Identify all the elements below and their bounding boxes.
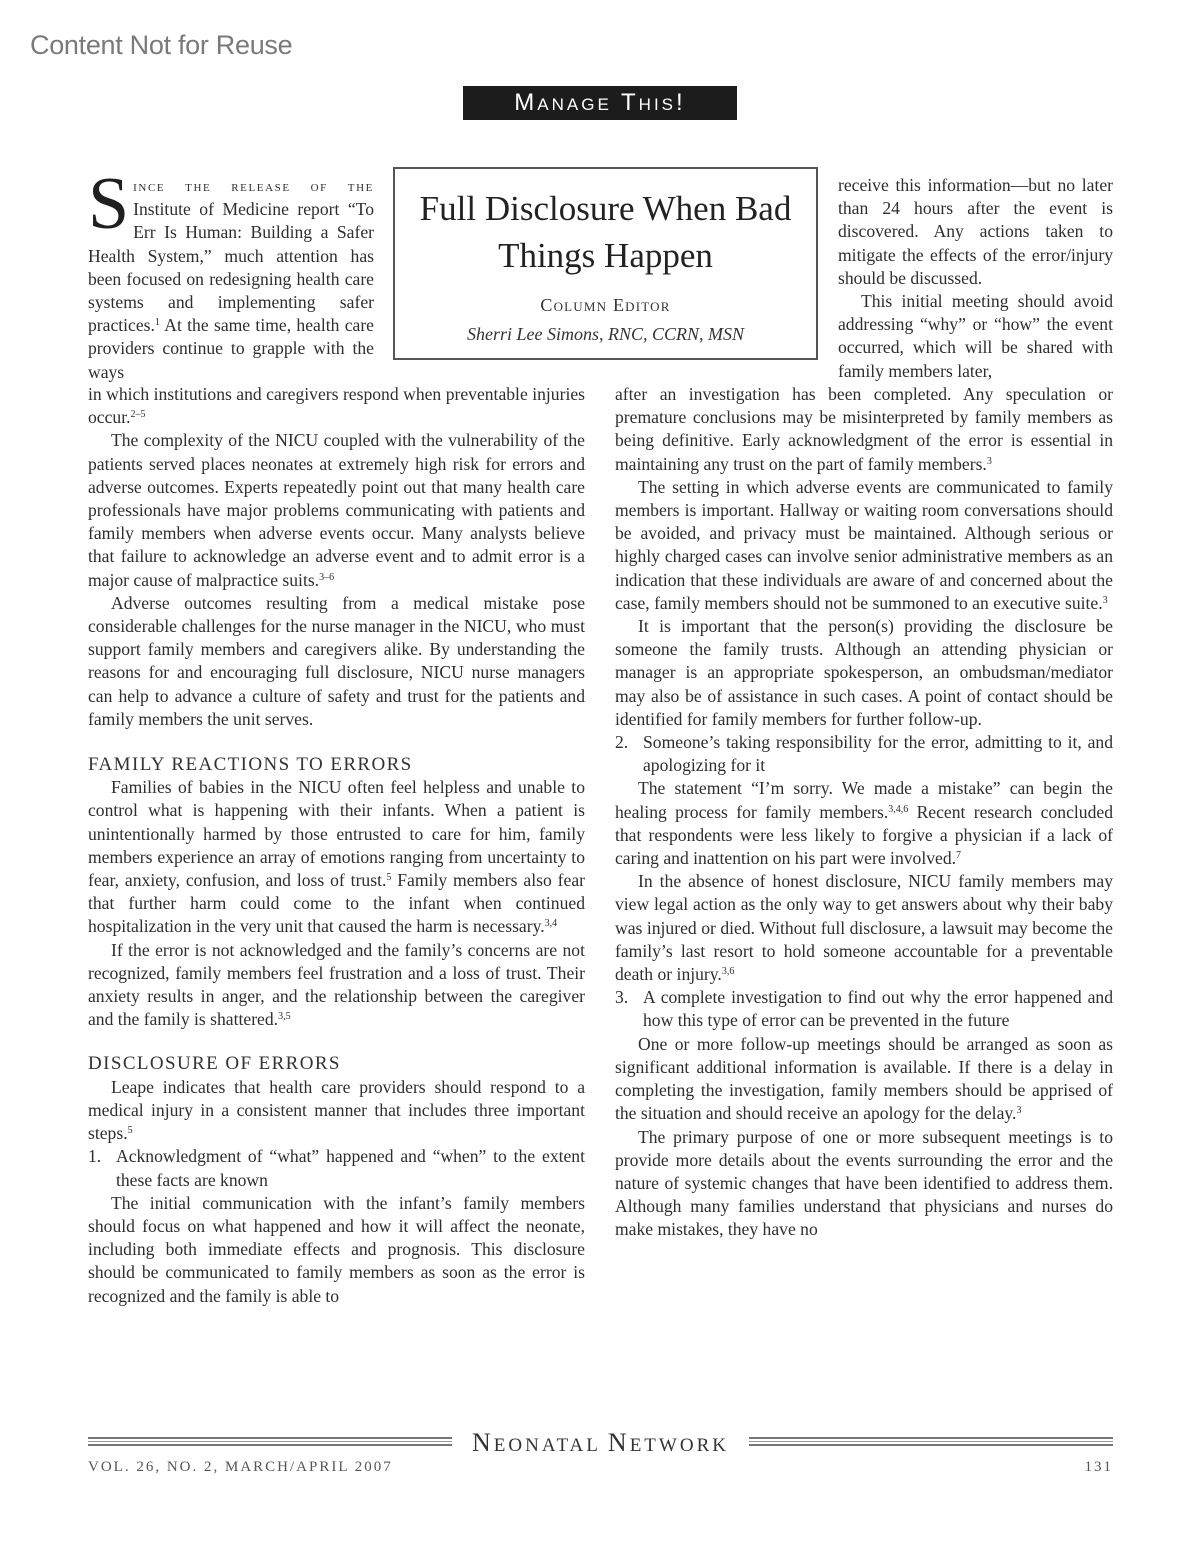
right-column: after an investigation has been complete… <box>615 383 1113 1242</box>
article-title: Full Disclosure When Bad Things Happen <box>395 185 816 279</box>
paragraph: In the absence of honest disclosure, NIC… <box>615 870 1113 986</box>
section-heading-family-reactions: FAMILY REACTIONS TO ERRORS <box>88 753 585 776</box>
citation: 3,4 <box>545 918 558 929</box>
paragraph: The initial communication with the infan… <box>88 1192 585 1308</box>
step-number: 1. <box>88 1145 116 1191</box>
lead-in-smallcaps: ince the release of the <box>133 178 374 195</box>
paragraph: The complexity of the NICU coupled with … <box>88 429 585 591</box>
intro-paragraph: Since the release of the Institute of Me… <box>88 174 374 384</box>
citation: 3,5 <box>278 1011 291 1022</box>
paragraph: If the error is not acknowledged and the… <box>88 939 585 1032</box>
paragraph: It is important that the person(s) provi… <box>615 615 1113 731</box>
column-editor-label: Column Editor <box>395 295 816 316</box>
issue-info: VOL. 26, NO. 2, MARCH/APRIL 2007 <box>88 1459 393 1475</box>
section-heading-disclosure: DISCLOSURE OF ERRORS <box>88 1052 585 1075</box>
citation: 3–6 <box>319 572 334 583</box>
column-banner: Manage This! <box>463 86 737 120</box>
citation: 3 <box>987 456 992 467</box>
citation: 3 <box>1103 595 1108 606</box>
step-number: 2. <box>615 731 643 777</box>
step-text: Acknowledgment of “what” happened and “w… <box>116 1145 585 1191</box>
citation: 2–5 <box>131 409 146 420</box>
watermark: Content Not for Reuse <box>30 30 292 61</box>
step-number: 3. <box>615 986 643 1032</box>
step-text: A complete investigation to find out why… <box>643 986 1113 1032</box>
paragraph: receive this information—but no later th… <box>838 174 1113 290</box>
paragraph: Leape indicates that health care provide… <box>88 1076 585 1146</box>
paragraph: in which institutions and caregivers res… <box>88 383 585 429</box>
citation: 3,4,6 <box>888 804 908 815</box>
paragraph: after an investigation has been complete… <box>615 383 1113 476</box>
article-title-box: Full Disclosure When Bad Things Happen C… <box>393 167 818 360</box>
numbered-step-2: 2. Someone’s taking responsibility for t… <box>615 731 1113 777</box>
footer-rule-right <box>749 1437 1113 1446</box>
column-editor-name: Sherri Lee Simons, RNC, CCRN, MSN <box>395 324 816 345</box>
page-number: 131 <box>1085 1459 1114 1476</box>
footer-meta: VOL. 26, NO. 2, MARCH/APRIL 2007 131 <box>88 1459 1113 1476</box>
citation: 3,6 <box>722 966 735 977</box>
paragraph: One or more follow-up meetings should be… <box>615 1033 1113 1126</box>
citation: 5 <box>128 1125 133 1136</box>
citation: 3 <box>1016 1105 1021 1116</box>
paragraph: This initial meeting should avoid addres… <box>838 290 1113 383</box>
left-column: in which institutions and caregivers res… <box>88 383 585 1308</box>
right-top-text: receive this information—but no later th… <box>838 174 1113 383</box>
footer-rule: NEONATAL NETWORK <box>88 1432 1113 1450</box>
drop-cap: S <box>88 176 129 232</box>
paragraph: The setting in which adverse events are … <box>615 476 1113 615</box>
journal-name: NEONATAL NETWORK <box>452 1428 749 1458</box>
step-text: Someone’s taking responsibility for the … <box>643 731 1113 777</box>
citation: 7 <box>956 850 961 861</box>
numbered-step-3: 3. A complete investigation to find out … <box>615 986 1113 1032</box>
paragraph: Families of babies in the NICU often fee… <box>88 776 585 938</box>
footer-rule-left <box>88 1437 452 1446</box>
paragraph: The primary purpose of one or more subse… <box>615 1126 1113 1242</box>
paragraph: Adverse outcomes resulting from a medica… <box>88 592 585 731</box>
numbered-step-1: 1. Acknowledgment of “what” happened and… <box>88 1145 585 1191</box>
paragraph: The statement “I’m sorry. We made a mist… <box>615 777 1113 870</box>
